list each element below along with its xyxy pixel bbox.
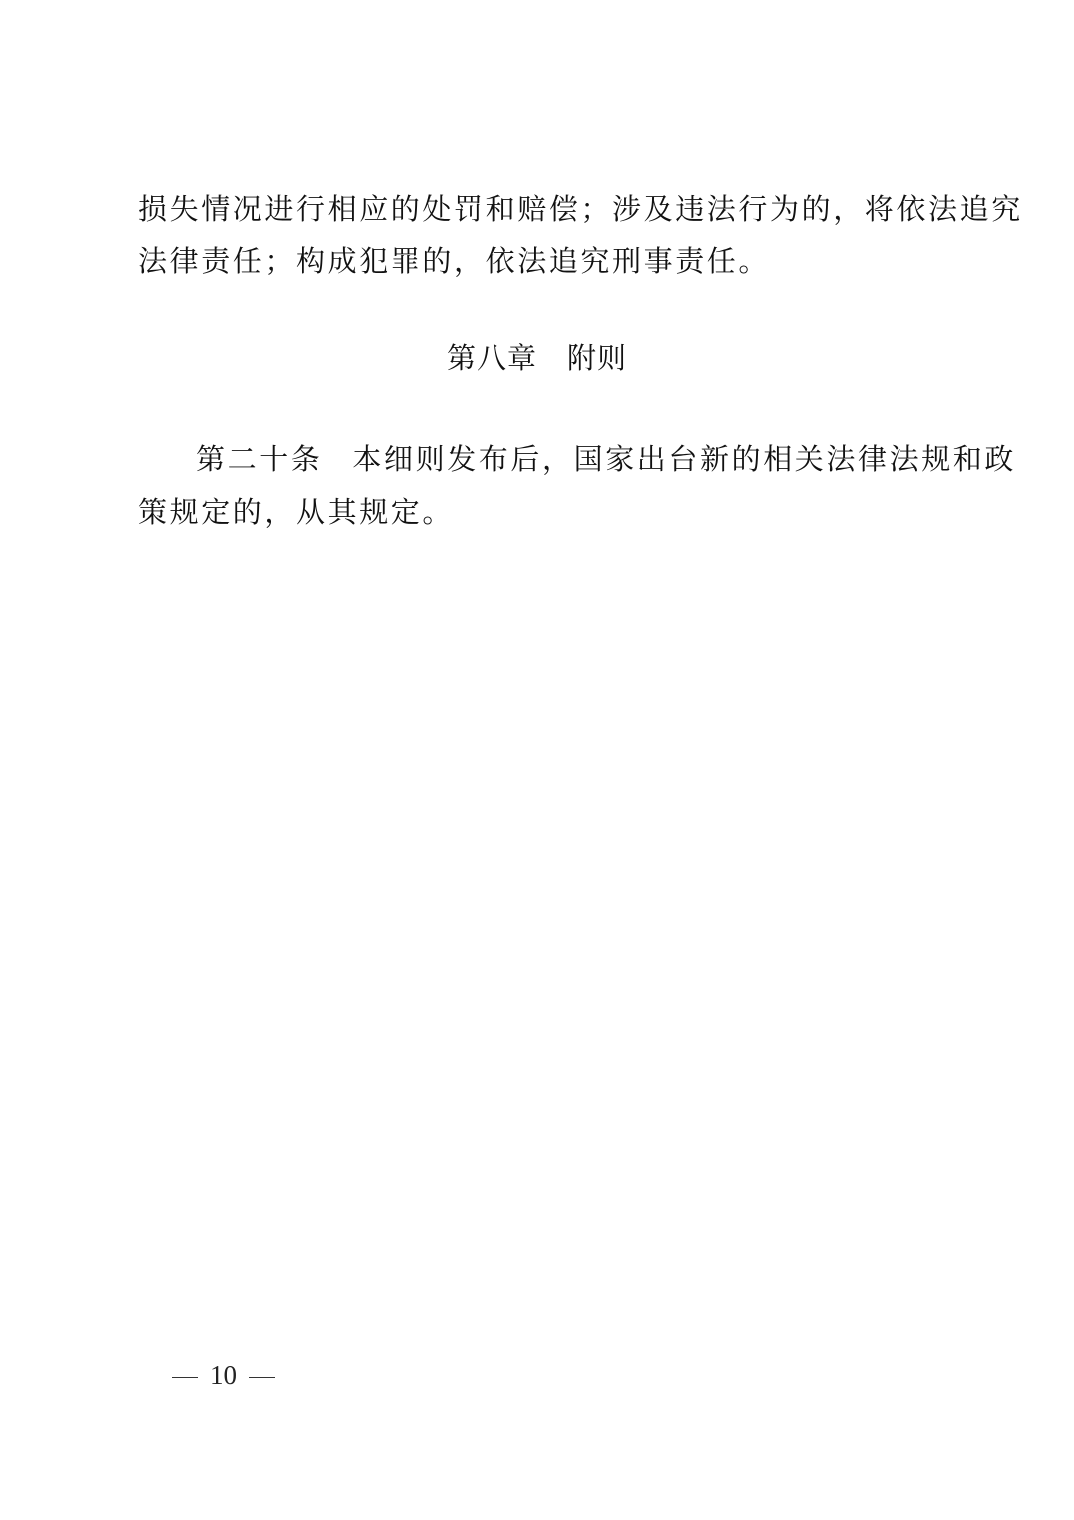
article-20-line-1: 第二十条本细则发布后，国家出台新的相关法律法规和政 — [196, 441, 1016, 477]
dash-right — [249, 1377, 275, 1378]
article-text-1: 本细则发布后，国家出台新的相关法律法规和政 — [352, 442, 1016, 476]
chapter-heading: 第八章附则 — [0, 340, 1074, 376]
paragraph-line-2: 法律责任；构成犯罪的，依法追究刑事责任。 — [138, 243, 770, 279]
chapter-number: 第八章 — [447, 341, 537, 375]
chapter-title: 附则 — [567, 341, 627, 375]
article-label: 第二十条 — [196, 442, 322, 476]
page-number: 10 — [160, 1358, 287, 1392]
article-20-line-2: 策规定的，从其规定。 — [138, 494, 454, 530]
dash-left — [172, 1377, 198, 1378]
paragraph-line-1: 损失情况进行相应的处罚和赔偿；涉及违法行为的，将依法追究 — [138, 191, 1023, 227]
page-number-value: 10 — [210, 1360, 237, 1390]
